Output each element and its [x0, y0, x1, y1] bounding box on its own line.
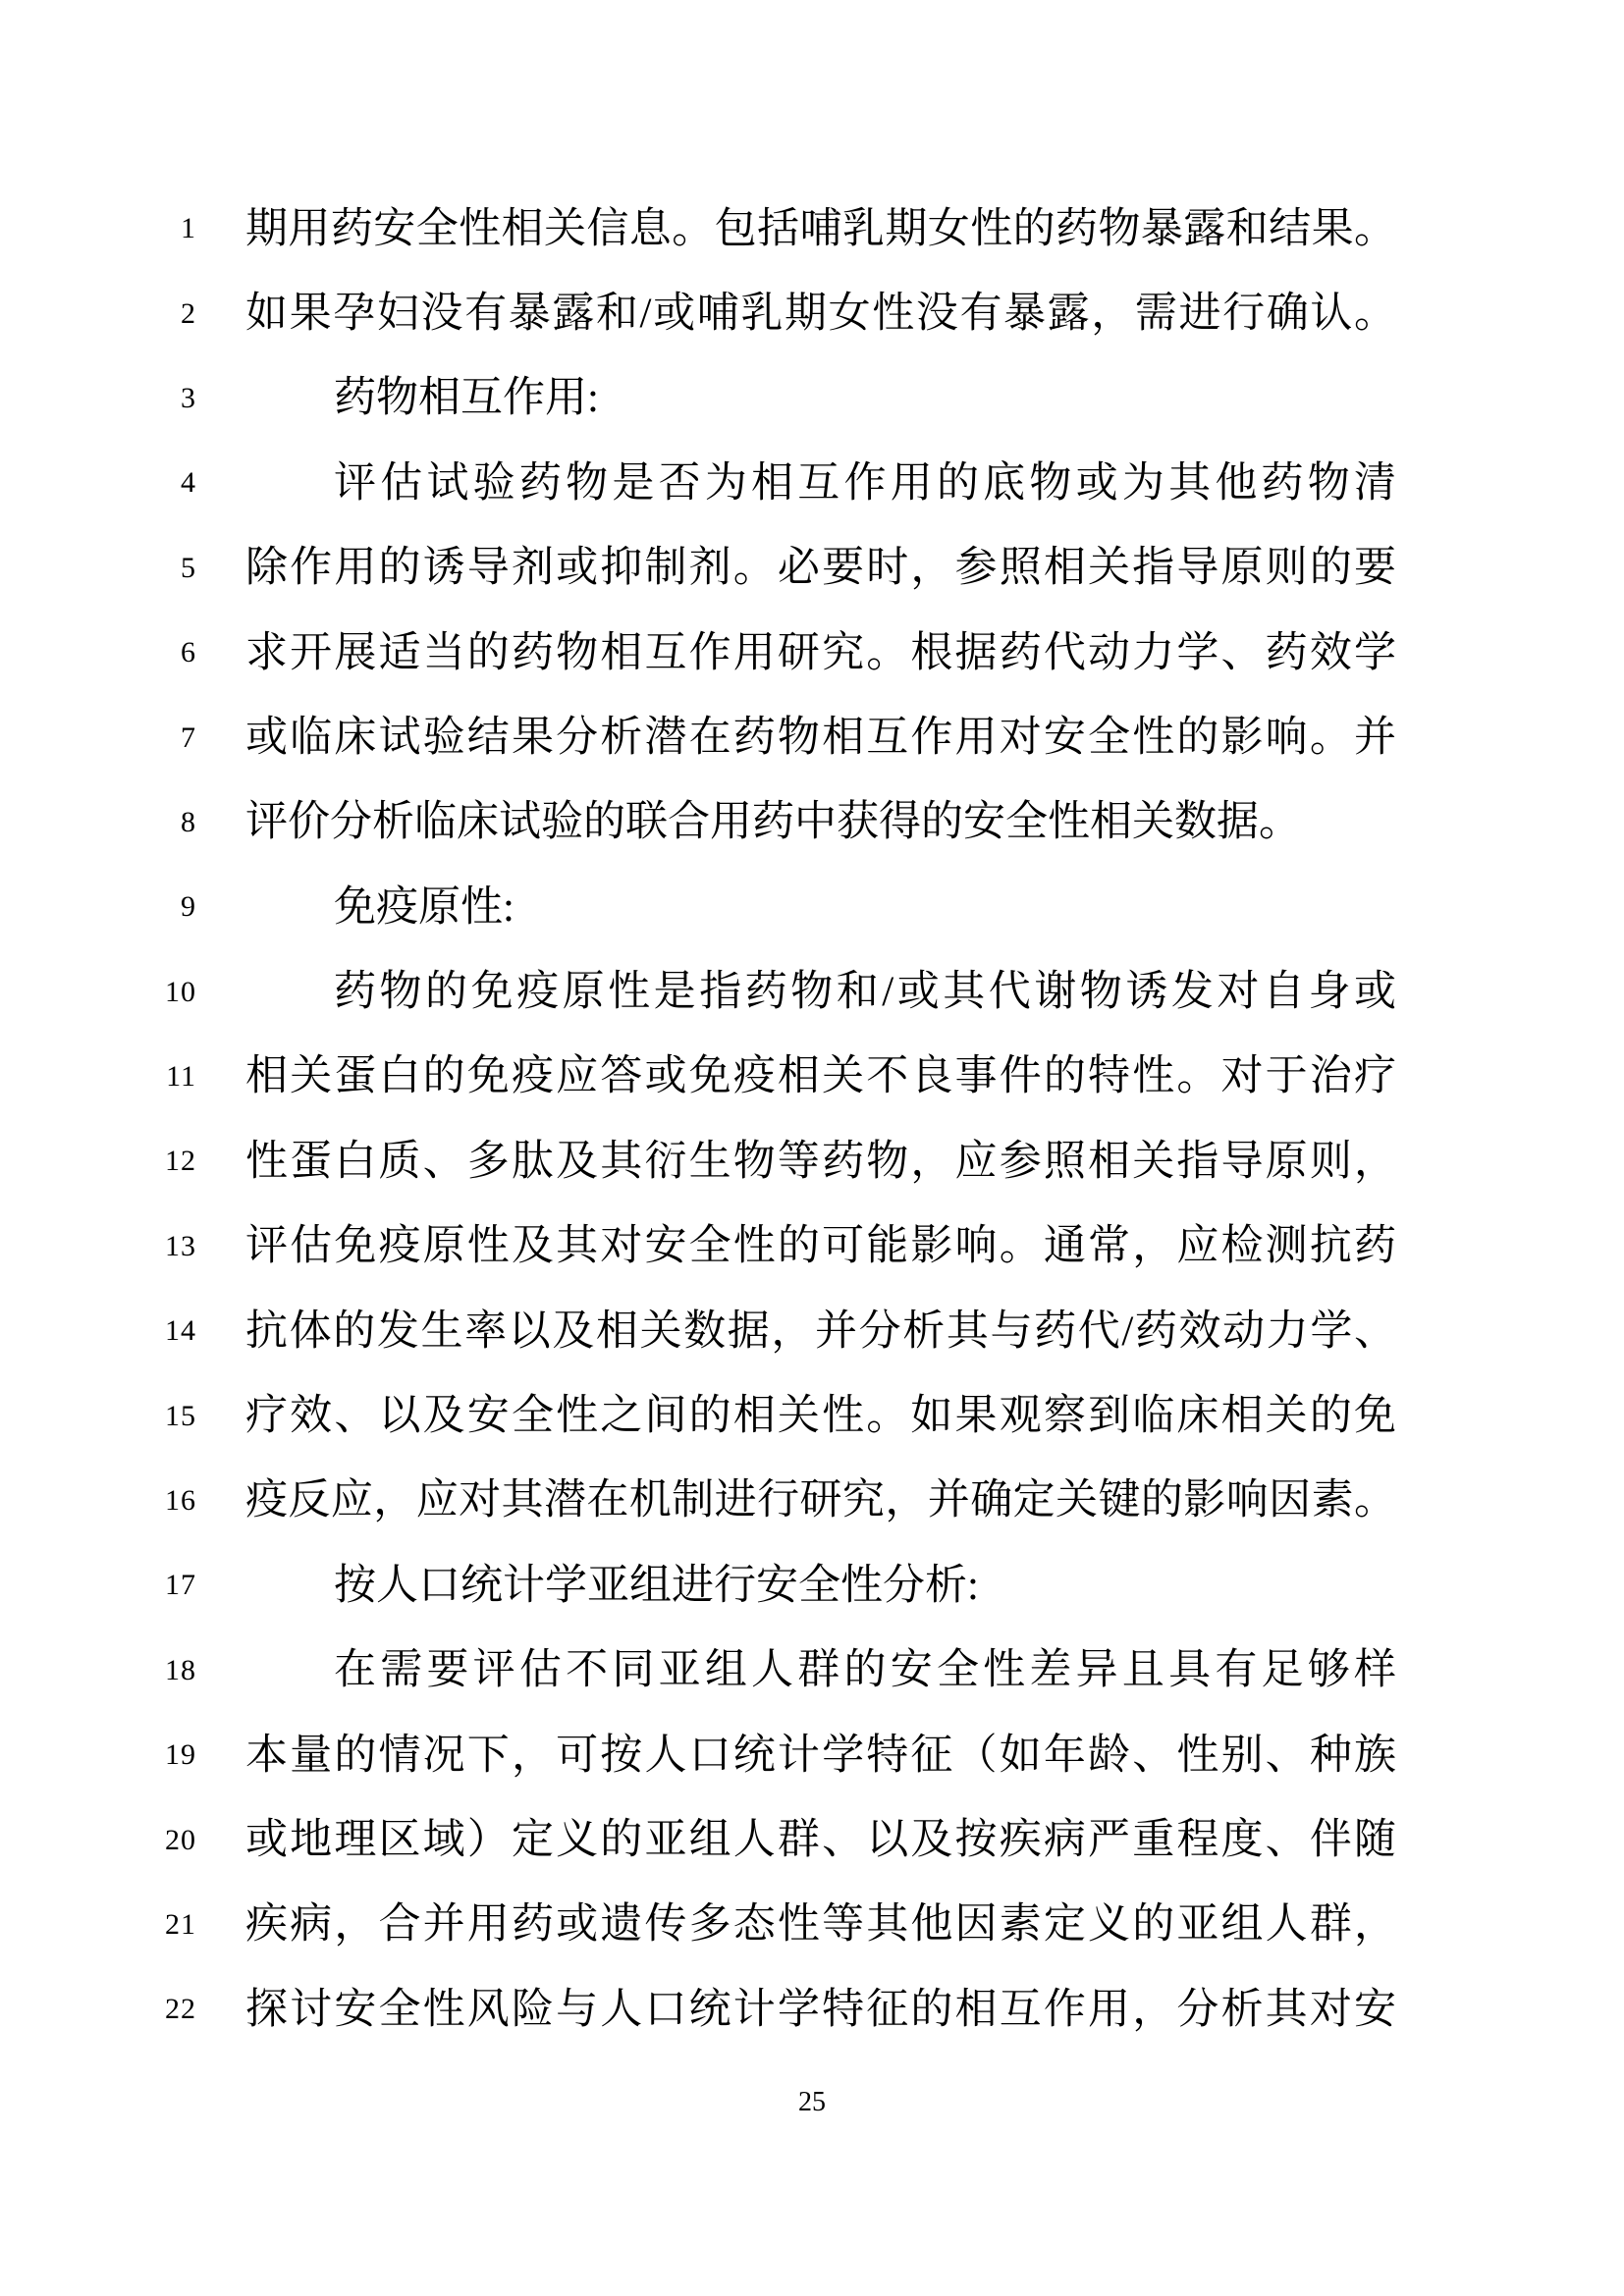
line-number: 6: [108, 638, 196, 667]
line-text: 或临床试验结果分析潜在药物相互作用对安全性的影响。并: [245, 715, 1396, 761]
line-row: 10 药物的免疫原性是指药物和/或其代谢物诱发对自身或: [0, 950, 1624, 1035]
line-text: 性蛋白质、多肽及其衍生物等药物，应参照相关指导原则，: [245, 1139, 1396, 1185]
line-number: 10: [108, 978, 196, 1007]
line-row: 5 除作用的诱导剂或抑制剂。必要时，参照相关指导原则的要: [0, 526, 1624, 611]
line-number: 11: [108, 1062, 196, 1092]
line-row: 22 探讨安全性风险与人口统计学特征的相互作用，分析其对安: [0, 1967, 1624, 2052]
line-row: 9 免疫原性:: [0, 865, 1624, 949]
line-text: 评估免疫原性及其对安全性的可能影响。通常，应检测抗药: [245, 1223, 1396, 1269]
line-number: 17: [108, 1571, 196, 1600]
line-text: 评估试验药物是否为相互作用的底物或为其他药物清: [245, 460, 1396, 507]
line-text: 期用药安全性相关信息。包括哺乳期女性的药物暴露和结果。: [245, 206, 1396, 252]
line-number: 12: [108, 1147, 196, 1176]
line-number: 19: [108, 1740, 196, 1770]
line-text: 或地理区域）定义的亚组人群、以及按疾病严重程度、伴随: [245, 1817, 1396, 1863]
line-row: 4 评估试验药物是否为相互作用的底物或为其他药物清: [0, 441, 1624, 525]
line-number: 18: [108, 1656, 196, 1685]
line-row: 17 按人口统计学亚组进行安全性分析:: [0, 1543, 1624, 1628]
document-page: 1 期用药安全性相关信息。包括哺乳期女性的药物暴露和结果。 2 如果孕妇没有暴露…: [0, 0, 1624, 2296]
line-number: 14: [108, 1316, 196, 1346]
line-row: 15 疗效、以及安全性之间的相关性。如果观察到临床相关的免: [0, 1373, 1624, 1458]
line-row: 14 抗体的发生率以及相关数据，并分析其与药代/药效动力学、: [0, 1289, 1624, 1373]
line-text: 药物的免疫原性是指药物和/或其代谢物诱发对自身或: [245, 969, 1396, 1015]
line-number: 3: [108, 384, 196, 413]
text-lines-container: 1 期用药安全性相关信息。包括哺乳期女性的药物暴露和结果。 2 如果孕妇没有暴露…: [0, 0, 1624, 2053]
line-number: 2: [108, 299, 196, 329]
line-row: 20 或地理区域）定义的亚组人群、以及按疾病严重程度、伴随: [0, 1797, 1624, 1882]
line-number: 20: [108, 1826, 196, 1855]
line-row: 18 在需要评估不同亚组人群的安全性差异且具有足够样: [0, 1629, 1624, 1713]
line-row: 13 评估免疫原性及其对安全性的可能影响。通常，应检测抗药: [0, 1204, 1624, 1289]
line-number: 8: [108, 808, 196, 837]
line-row: 3 药物相互作用:: [0, 356, 1624, 441]
line-number: 21: [108, 1910, 196, 1940]
line-text: 免疫原性:: [245, 884, 1396, 931]
line-text: 探讨安全性风险与人口统计学特征的相互作用，分析其对安: [245, 1987, 1396, 2033]
line-text: 疗效、以及安全性之间的相关性。如果观察到临床相关的免: [245, 1393, 1396, 1439]
line-text: 按人口统计学亚组进行安全性分析:: [245, 1563, 1396, 1609]
line-text: 如果孕妇没有暴露和/或哺乳期女性没有暴露，需进行确认。: [245, 291, 1396, 337]
line-row: 2 如果孕妇没有暴露和/或哺乳期女性没有暴露，需进行确认。: [0, 271, 1624, 355]
line-text: 求开展适当的药物相互作用研究。根据药代动力学、药效学: [245, 630, 1396, 676]
line-number: 4: [108, 468, 196, 498]
line-row: 12 性蛋白质、多肽及其衍生物等药物，应参照相关指导原则，: [0, 1119, 1624, 1203]
line-row: 8 评价分析临床试验的联合用药中获得的安全性相关数据。: [0, 780, 1624, 865]
line-number: 9: [108, 892, 196, 922]
line-row: 6 求开展适当的药物相互作用研究。根据药代动力学、药效学: [0, 611, 1624, 695]
line-number: 7: [108, 723, 196, 753]
line-number: 5: [108, 554, 196, 583]
line-text: 除作用的诱导剂或抑制剂。必要时，参照相关指导原则的要: [245, 545, 1396, 591]
line-text: 相关蛋白的免疫应答或免疫相关不良事件的特性。对于治疗: [245, 1053, 1396, 1099]
line-row: 21 疾病，合并用药或遗传多态性等其他因素定义的亚组人群，: [0, 1883, 1624, 1967]
line-row: 19 本量的情况下，可按人口统计学特征（如年龄、性别、种族: [0, 1713, 1624, 1797]
line-row: 11 相关蛋白的免疫应答或免疫相关不良事件的特性。对于治疗: [0, 1035, 1624, 1119]
line-text: 抗体的发生率以及相关数据，并分析其与药代/药效动力学、: [245, 1308, 1396, 1355]
line-text: 疾病，合并用药或遗传多态性等其他因素定义的亚组人群，: [245, 1901, 1396, 1948]
line-row: 7 或临床试验结果分析潜在药物相互作用对安全性的影响。并: [0, 695, 1624, 779]
line-number: 16: [108, 1486, 196, 1516]
line-text: 药物相互作用:: [245, 375, 1396, 421]
line-text: 评价分析临床试验的联合用药中获得的安全性相关数据。: [245, 799, 1396, 845]
line-number: 15: [108, 1402, 196, 1431]
line-number: 22: [108, 1995, 196, 2024]
line-row: 1 期用药安全性相关信息。包括哺乳期女性的药物暴露和结果。: [0, 187, 1624, 271]
line-number: 13: [108, 1232, 196, 1261]
line-text: 在需要评估不同亚组人群的安全性差异且具有足够样: [245, 1647, 1396, 1693]
line-row: 16 疫反应，应对其潜在机制进行研究，并确定关键的影响因素。: [0, 1459, 1624, 1543]
line-text: 疫反应，应对其潜在机制进行研究，并确定关键的影响因素。: [245, 1477, 1396, 1523]
line-text: 本量的情况下，可按人口统计学特征（如年龄、性别、种族: [245, 1733, 1396, 1779]
line-number: 1: [108, 214, 196, 243]
page-number: 25: [0, 2089, 1624, 2116]
